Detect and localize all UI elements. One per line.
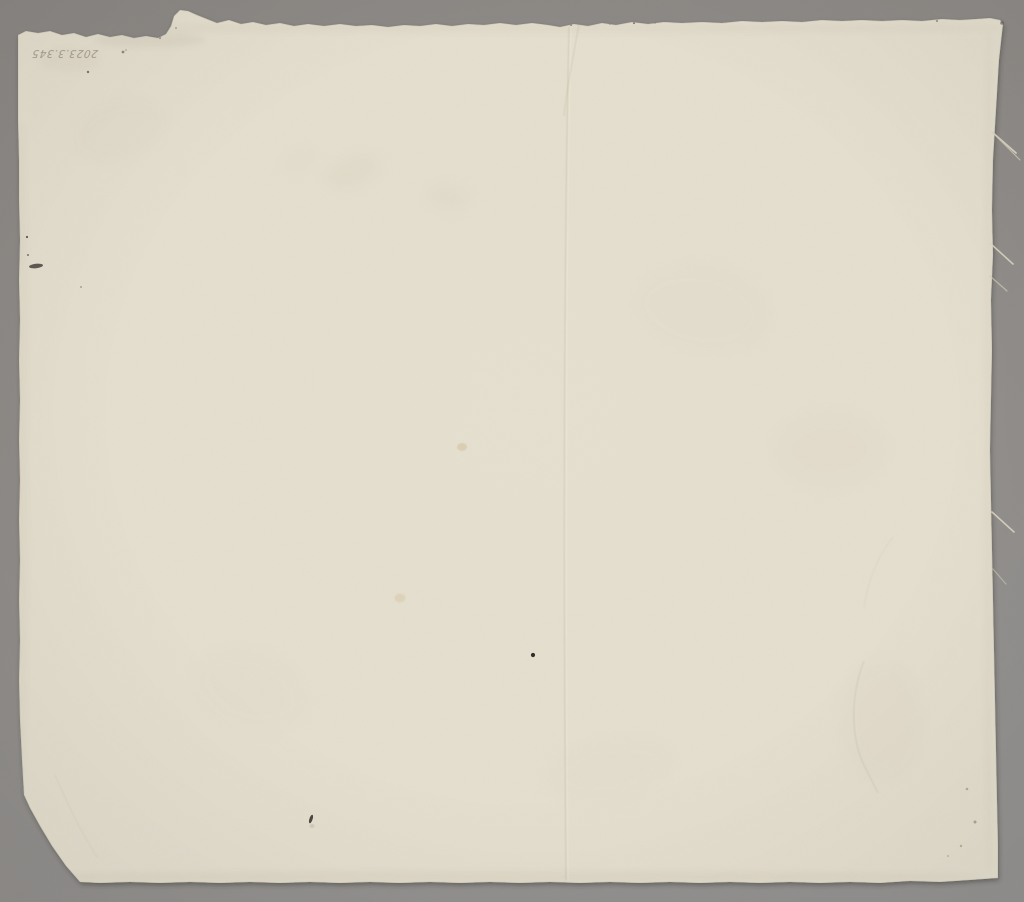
paper-scan-canvas [0, 0, 1024, 902]
film-grain-overlay [0, 0, 1024, 902]
scanned-paper-sheet-photo: 2023.3.345 [0, 0, 1024, 902]
accession-number-inscription: 2023.3.345 [29, 44, 99, 62]
